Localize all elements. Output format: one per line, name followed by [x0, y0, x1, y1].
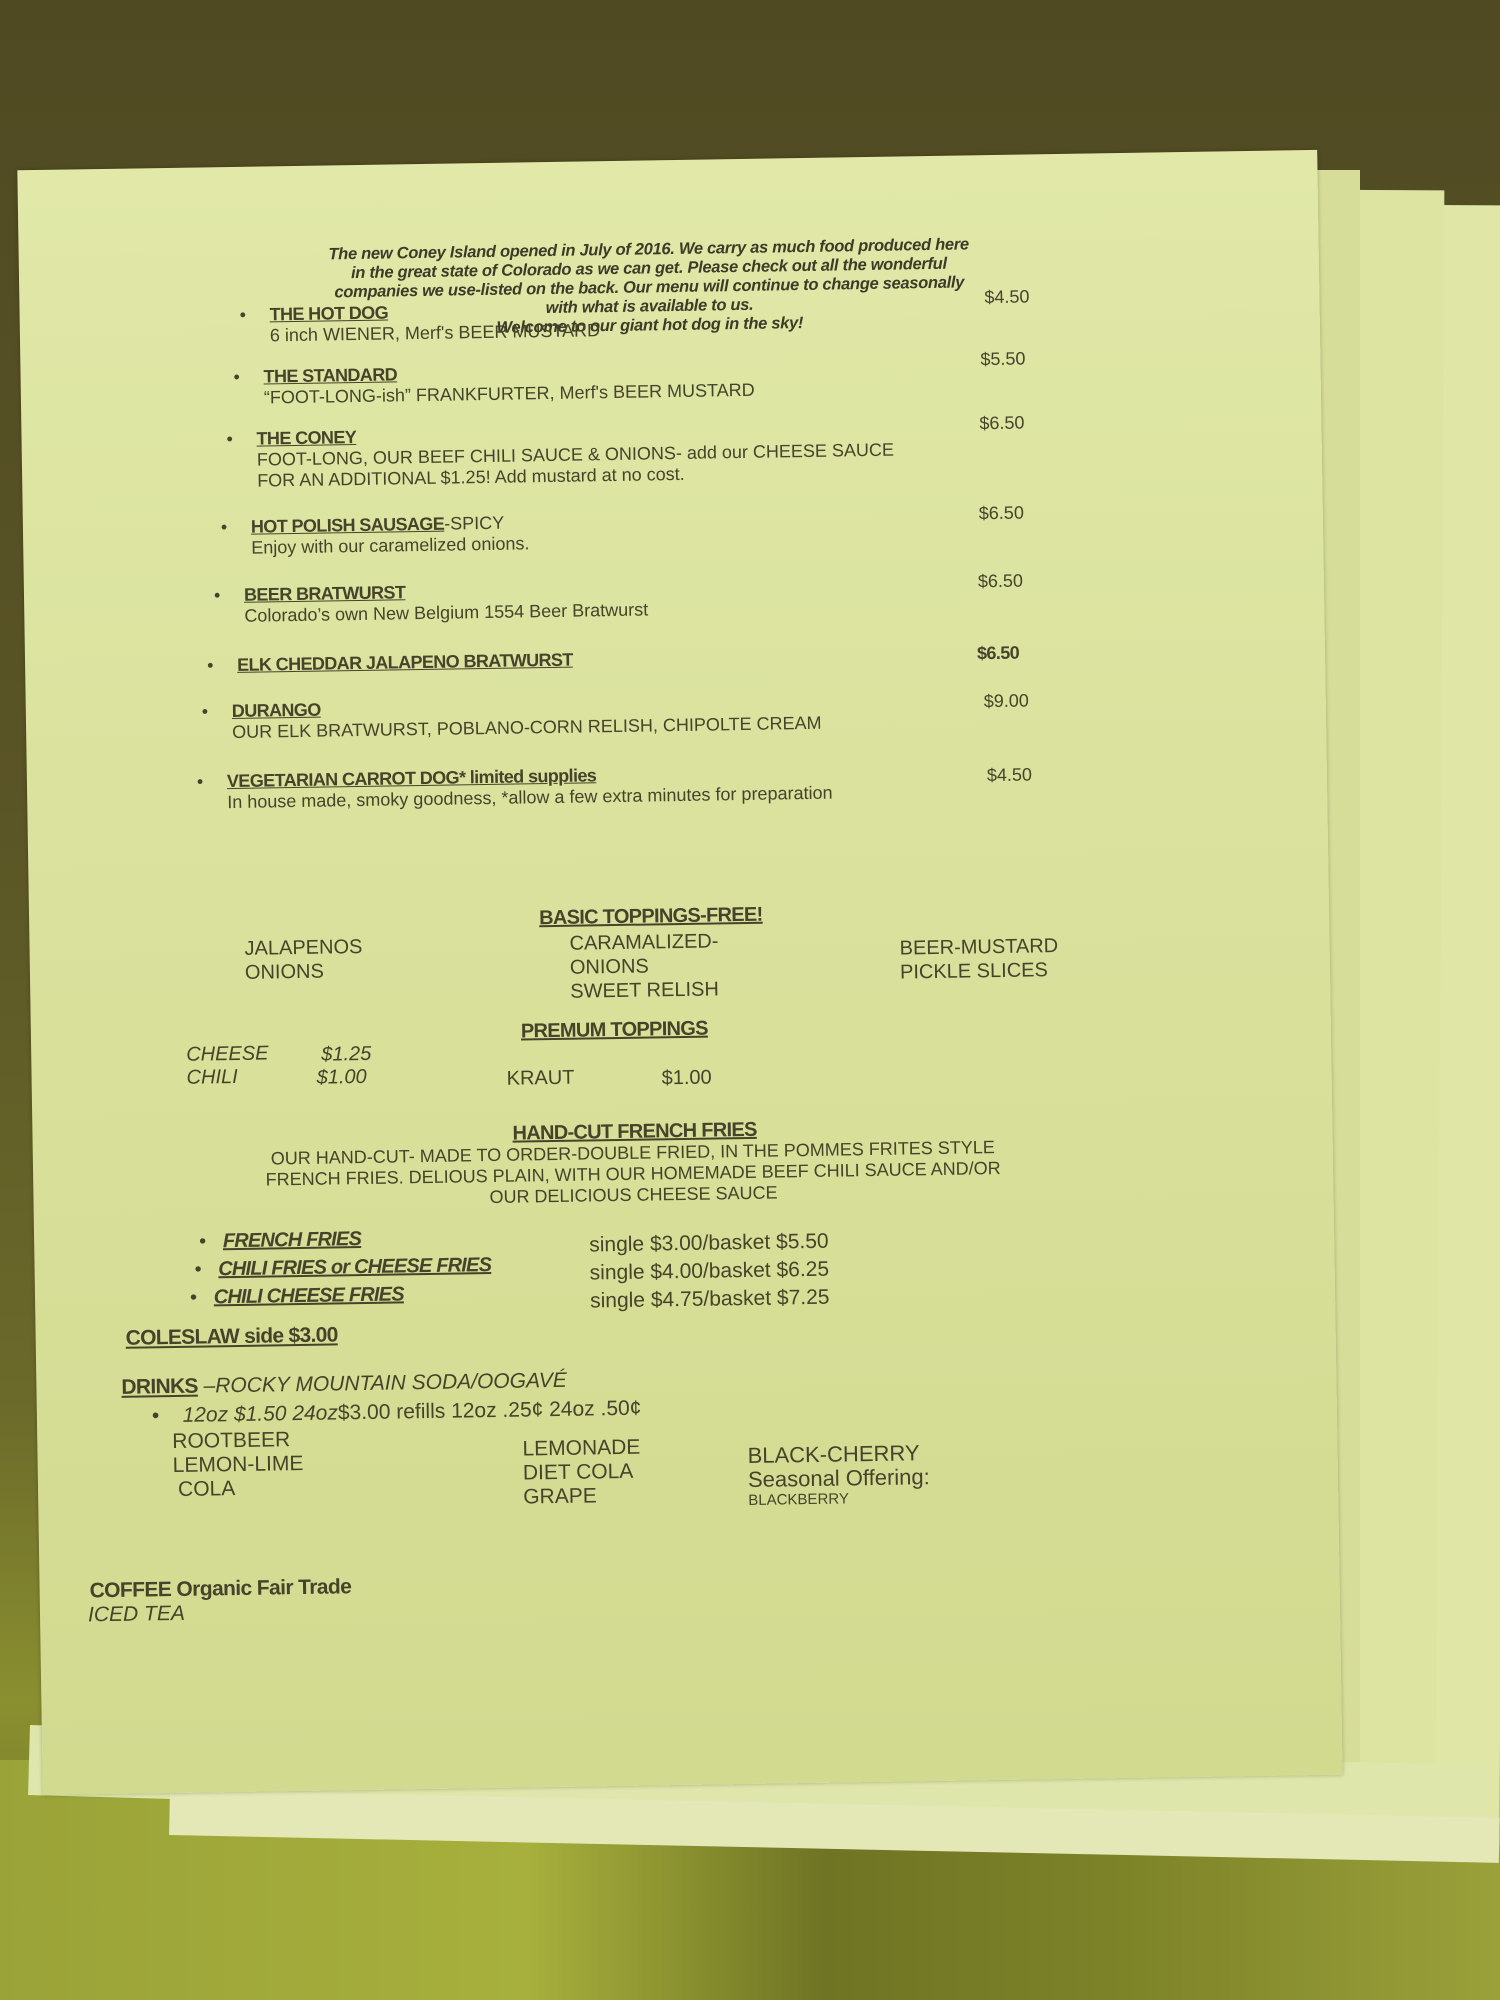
premium-topping-price: $1.00 [316, 1065, 366, 1090]
menu-item-suffix: -SPICY [444, 513, 504, 534]
basic-toppings-col1: JALAPENOS ONIONS [244, 935, 363, 985]
menu-item-price: $6.50 [979, 413, 1024, 435]
bullet-icon: • [202, 701, 209, 722]
menu-item-price: $5.50 [980, 348, 1025, 370]
fries-item-price: single $4.75/basket $7.25 [590, 1286, 830, 1314]
topping: CARAMALIZED- [569, 929, 718, 955]
drink: Seasonal Offering: [748, 1465, 930, 1492]
menu-item-description: Enjoy with our caramelized onions. [251, 533, 529, 558]
menu-item-name: THE CONEY [256, 427, 356, 449]
drink: COLA [173, 1476, 304, 1502]
drinks-col3: BLACK-CHERRY Seasonal Offering: BLACKBER… [747, 1441, 930, 1510]
fries-item-price: single $4.00/basket $6.25 [590, 1258, 830, 1286]
bullet-icon: • [199, 1230, 206, 1252]
bullet-icon: • [152, 1404, 160, 1427]
bullet-icon: • [221, 517, 228, 538]
fries-item-name: CHILI FRIES or CHEESE FRIES [218, 1254, 491, 1280]
bullet-icon: • [214, 585, 221, 606]
menu-item-price: $4.50 [987, 764, 1032, 786]
basic-toppings-heading: BASIC TOPPINGS-FREE! [539, 904, 763, 931]
menu-item-price: $6.50 [977, 643, 1019, 665]
menu-item: •BEER BRATWURSTColorado’s own New Belgiu… [244, 578, 648, 626]
fries-item-name: FRENCH FRIES [223, 1228, 362, 1252]
fries-item-price: single $3.00/basket $5.50 [589, 1230, 829, 1258]
seasonal-drink: BLACKBERRY [748, 1489, 930, 1510]
topping: ONIONS [570, 953, 719, 979]
premium-topping-price: $1.25 [321, 1042, 371, 1067]
bullet-icon: • [239, 305, 246, 326]
premium-topping-name: KRAUT [506, 1066, 574, 1091]
topping: SWEET RELISH [570, 977, 719, 1003]
menu-item-price: $4.50 [984, 286, 1029, 308]
fries-item: • CHILI FRIES or CHEESE FRIES [194, 1253, 491, 1282]
basic-toppings-col2: CARAMALIZED- ONIONS SWEET RELISH [569, 929, 719, 1003]
menu-item: •HOT POLISH SAUSAGE-SPICYEnjoy with our … [251, 512, 530, 558]
coleslaw-item: COLESLAW side $3.00 [125, 1323, 337, 1350]
drink: LEMONADE [522, 1436, 640, 1462]
menu-item: •VEGETARIAN CARROT DOG* limited supplies… [227, 762, 833, 814]
menu-item-name: HOT POLISH SAUSAGE [251, 514, 445, 537]
topping: JALAPENOS [244, 935, 362, 961]
drink: LEMON-LIME [173, 1452, 304, 1478]
drinks-pricing: • 12oz $1.50 24oz$3.00 refills 12oz .25¢… [152, 1397, 642, 1429]
drinks-title: DRINKS [121, 1375, 198, 1399]
bullet-icon: • [226, 429, 233, 450]
fries-description: OUR HAND-CUT- MADE TO ORDER-DOUBLE FRIED… [183, 1136, 1084, 1213]
drinks-col1: ROOTBEER LEMON-LIME COLA [172, 1428, 304, 1502]
menu-item-name: ELK CHEDDAR JALAPENO BRATWURST [237, 650, 573, 675]
premium-topping-name: CHEESE [186, 1041, 269, 1066]
drinks-price-rest: $3.00 refills 12oz .25¢ 24oz .50¢ [338, 1397, 642, 1425]
drinks-col2: LEMONADE DIET COLA GRAPE [522, 1436, 641, 1510]
menu-item-price: $9.00 [984, 690, 1029, 712]
fries-item: • FRENCH FRIES [199, 1227, 361, 1254]
coffee-item: COFFEE Organic Fair Trade [89, 1575, 351, 1603]
menu-items: •THE HOT DOG6 inch WIENER, Merf's BEER M… [17, 150, 1317, 170]
menu-item-description: 6 inch WIENER, Merf's BEER MUSTARD [270, 320, 600, 346]
drinks-heading: DRINKS –ROCKY MOUNTAIN SODA/OOGAVÉ [121, 1369, 567, 1400]
topping: ONIONS [245, 959, 363, 985]
fries-list: • FRENCH FRIESsingle $3.00/basket $5.50•… [17, 150, 1317, 170]
bullet-icon: • [190, 1287, 197, 1309]
bullet-icon: • [233, 367, 240, 388]
menu-item: •ELK CHEDDAR JALAPENO BRATWURST [237, 650, 573, 676]
drink: ROOTBEER [172, 1428, 303, 1454]
menu-item: •THE HOT DOG6 inch WIENER, Merf's BEER M… [269, 299, 600, 346]
menu-item-name: BEER BRATWURST [244, 582, 406, 605]
bullet-icon: • [194, 1259, 201, 1281]
menu-item-price: $6.50 [979, 503, 1024, 525]
menu-page: The new Coney Island opened in July of 2… [17, 150, 1342, 1795]
menu-item: •DURANGOOUR ELK BRATWURST, POBLANO-CORN … [232, 692, 822, 743]
fries-item-name: CHILI CHEESE FRIES [214, 1283, 404, 1308]
premium-topping-price: $1.00 [661, 1066, 711, 1091]
drink: DIET COLA [523, 1460, 641, 1486]
drink: GRAPE [523, 1484, 641, 1510]
iced-tea-item: ICED TEA [88, 1602, 185, 1628]
bullet-icon: • [197, 771, 204, 792]
premium-topping-name: CHILI [186, 1065, 237, 1090]
bullet-icon: • [207, 655, 214, 676]
topping: BEER-MUSTARD [899, 934, 1058, 960]
topping: PICKLE SLICES [900, 958, 1059, 984]
menu-item: •THE CONEYFOOT-LONG, OUR BEEF CHILI SAUC… [256, 419, 894, 492]
menu-item-name: THE STANDARD [263, 364, 397, 386]
basic-toppings-col3: BEER-MUSTARD PICKLE SLICES [899, 934, 1058, 984]
menu-item-name: THE HOT DOG [269, 303, 388, 325]
premium-toppings-heading: PREMUM TOPPINGS [521, 1018, 708, 1044]
drinks-subtitle: –ROCKY MOUNTAIN SODA/OOGAVÉ [198, 1369, 567, 1398]
menu-item: •THE STANDARD“FOOT-LONG-ish” FRANKFURTER… [263, 359, 754, 409]
menu-item-name: DURANGO [232, 700, 321, 721]
fries-item: • CHILI CHEESE FRIES [190, 1282, 404, 1309]
menu-item-price: $6.50 [978, 571, 1023, 593]
drinks-price-italic: 12oz $1.50 24oz [182, 1401, 338, 1426]
